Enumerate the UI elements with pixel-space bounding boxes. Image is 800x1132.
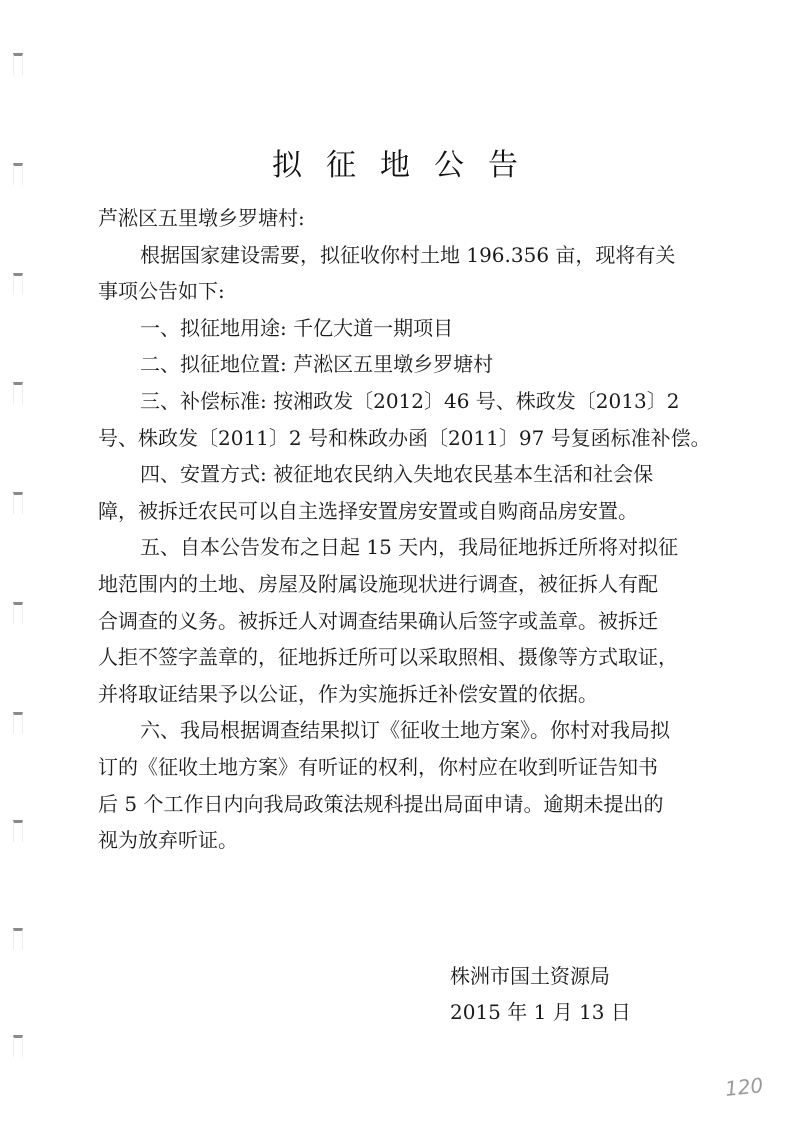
paragraph-line: 事项公告如下: [98, 273, 710, 310]
document-body: 芦淞区五里墩乡罗塘村: 根据国家建设需要，拟征收你村土地 196.356 亩，现… [98, 200, 710, 859]
paragraph-line: 订的《征收土地方案》有听证的权利，你村应在收到听证告知书 [98, 749, 710, 786]
paragraph-line: 一、拟征地用途: 千亿大道一期项目 [98, 310, 710, 347]
binding-hole-mark [13, 712, 23, 734]
issue-date: 2015 年 1 月 13 日 [450, 994, 631, 1030]
item-2-location: 二、拟征地位置: 芦淞区五里墩乡罗塘村 [98, 346, 710, 383]
paragraph-line: 视为放弃听证。 [98, 822, 710, 859]
binding-hole-mark [13, 273, 23, 295]
paragraph-line: 三、补偿标准: 按湘政发〔2012〕46 号、株政发〔2013〕2 [98, 383, 710, 420]
paragraph-line: 六、我局根据调查结果拟订《征收土地方案》。你村对我局拟 [98, 712, 710, 749]
item-6-hearing: 六、我局根据调查结果拟订《征收土地方案》。你村对我局拟 订的《征收土地方案》有听… [98, 712, 710, 858]
paragraph-line: 根据国家建设需要，拟征收你村土地 196.356 亩，现将有关 [98, 237, 710, 274]
paragraph-line: 四、安置方式: 被征地农民纳入失地农民基本生活和社会保 [98, 456, 710, 493]
intro-paragraph: 根据国家建设需要，拟征收你村土地 196.356 亩，现将有关 事项公告如下: [98, 237, 710, 310]
item-3-compensation: 三、补偿标准: 按湘政发〔2012〕46 号、株政发〔2013〕2 号、株政发〔… [98, 383, 710, 456]
paragraph-line: 后 5 个工作日内向我局政策法规科提出局面申请。逾期未提出的 [98, 786, 710, 823]
signature-block: 株洲市国土资源局 2015 年 1 月 13 日 [450, 958, 631, 1030]
paragraph-line: 地范围内的土地、房屋及附属设施现状进行调查，被征拆人有配 [98, 566, 710, 603]
issuer-name: 株洲市国土资源局 [450, 958, 631, 994]
document-title: 拟征地公告 [0, 140, 800, 184]
item-5-survey: 五、自本公告发布之日起 15 天内，我局征地拆迁所将对拟征 地范围内的土地、房屋… [98, 529, 710, 712]
paragraph-line: 二、拟征地位置: 芦淞区五里墩乡罗塘村 [98, 346, 710, 383]
paragraph-line: 人拒不签字盖章的，征地拆迁所可以采取照相、摄像等方式取证， [98, 639, 710, 676]
binding-hole-mark [13, 820, 23, 842]
binding-hole-mark [13, 602, 23, 624]
binding-hole-mark [13, 492, 23, 514]
paragraph-line: 合调查的义务。被拆迁人对调查结果确认后签字或盖章。被拆迁 [98, 603, 710, 640]
addressee: 芦淞区五里墩乡罗塘村: [98, 200, 710, 237]
item-4-resettlement: 四、安置方式: 被征地农民纳入失地农民基本生活和社会保 障，被拆迁农民可以自主选… [98, 456, 710, 529]
paragraph-line: 障，被拆迁农民可以自主选择安置房安置或自购商品房安置。 [98, 493, 710, 530]
binding-hole-mark [13, 53, 23, 75]
paragraph-line: 五、自本公告发布之日起 15 天内，我局征地拆迁所将对拟征 [98, 529, 710, 566]
paragraph-line: 并将取证结果予以公证，作为实施拆迁补偿安置的依据。 [98, 676, 710, 713]
binding-hole-mark [13, 1035, 23, 1057]
binding-hole-mark [13, 382, 23, 404]
item-1-purpose: 一、拟征地用途: 千亿大道一期项目 [98, 310, 710, 347]
binding-hole-mark [13, 928, 23, 950]
handwritten-page-number: 120 [724, 1073, 764, 1101]
paragraph-line: 号、株政发〔2011〕2 号和株政办函〔2011〕97 号复函标准补偿。 [98, 420, 710, 457]
